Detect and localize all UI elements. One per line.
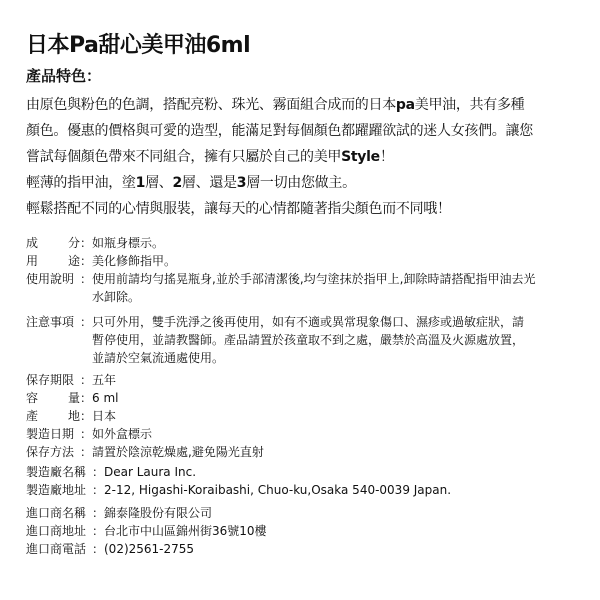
spec-value: 日本 <box>92 407 586 425</box>
spec-value: 五年 <box>92 371 586 389</box>
spec-row-origin: 產地 ： 日本 <box>26 407 586 425</box>
feature-line: 嘗試每個顏色帶來不同組合，擁有只屬於自己的美甲Style！ <box>26 144 582 170</box>
features-heading: 產品特色： <box>26 66 101 86</box>
spec-label: 進口商電話 <box>26 540 92 558</box>
feature-line: 輕薄的指甲油，塗1層、2層、還是3層一切由您做主。 <box>26 170 582 196</box>
spec-value: Dear Laura Inc. <box>104 463 586 481</box>
importer-info: 進口商名稱 ： 錦泰隆股份有限公司 進口商地址 ： 台北市中山區錦州街36號10… <box>26 504 586 558</box>
feature-line: 由原色與粉色的色調，搭配亮粉、珠光、霧面組合成而的日本pa美甲油，共有多種 <box>26 92 582 118</box>
features-paragraph: 由原色與粉色的色調，搭配亮粉、珠光、霧面組合成而的日本pa美甲油，共有多種 顏色… <box>26 92 582 222</box>
spec-label: 製造廠地址 <box>26 481 92 499</box>
feature-line: 顏色。優惠的價格與可愛的造型，能滿足對每個顏色都躍躍欲試的迷人女孩們。讓您 <box>26 118 582 144</box>
manufacturer-name-row: 製造廠名稱 ： Dear Laura Inc. <box>26 463 586 481</box>
spec-value: 如外盒標示 <box>92 425 586 443</box>
spec-row-cautions: 注意事項 ： 只可外用，雙手洗淨之後再使用，如有不適或異常現象傷口、濕疹或過敏症… <box>26 313 586 367</box>
spec-label: 保存方法 <box>26 443 80 461</box>
spec-label: 進口商地址 <box>26 522 92 540</box>
importer-address-row: 進口商地址 ： 台北市中山區錦州街36號10樓 <box>26 522 586 540</box>
product-title: 日本Pa甜心美甲油6ml <box>26 32 250 60</box>
spec-row-volume: 容量 ： 6 ml <box>26 389 586 407</box>
manufacturer-address-row: 製造廠地址 ： 2-12, Higashi-Koraibashi, Chuo-k… <box>26 481 586 499</box>
manufacturer-info: 製造廠名稱 ： Dear Laura Inc. 製造廠地址 ： 2-12, Hi… <box>26 463 586 499</box>
spec-value: 6 ml <box>92 389 586 407</box>
spec-label: 製造日期 <box>26 425 80 443</box>
spec-value: 使用前請均勻搖晃瓶身,並於手部清潔後,均勻塗抹於指甲上,卸除時請搭配指甲油去光水… <box>92 270 586 306</box>
spec-value: 美化修飾指甲。 <box>92 252 586 270</box>
spec-label: 成分 <box>26 234 80 252</box>
spec-label: 用途 <box>26 252 80 270</box>
spec-label: 注意事項 <box>26 313 80 331</box>
spec-label: 進口商名稱 <box>26 504 92 522</box>
spec-value: 請置於陰涼乾燥處,避免陽光直射 <box>92 443 586 461</box>
importer-phone-row: 進口商電話 ： (02)2561-2755 <box>26 540 586 558</box>
spec-value: 錦泰隆股份有限公司 <box>104 504 586 522</box>
spec-value: (02)2561-2755 <box>104 540 586 558</box>
spec-row-shelf-life: 保存期限 ： 五年 <box>26 371 586 389</box>
feature-line: 輕鬆搭配不同的心情與服裝，讓每天的心情都隨著指尖顏色而不同哦！ <box>26 196 582 222</box>
spec-value: 台北市中山區錦州街36號10樓 <box>104 522 586 540</box>
spec-list-basic: 成分 ： 如瓶身標示。 用途 ： 美化修飾指甲。 使用說明 ： 使用前請均勻搖晃… <box>26 234 586 306</box>
spec-label: 製造廠名稱 <box>26 463 92 481</box>
spec-label: 容量 <box>26 389 80 407</box>
spec-label: 產地 <box>26 407 80 425</box>
spec-row-storage-method: 保存方法 ： 請置於陰涼乾燥處,避免陽光直射 <box>26 443 586 461</box>
spec-value: 只可外用，雙手洗淨之後再使用，如有不適或異常現象傷口、濕疹或過敏症狀，請暫停使用… <box>92 313 586 367</box>
spec-label: 保存期限 <box>26 371 80 389</box>
spec-row-usage: 用途 ： 美化修飾指甲。 <box>26 252 586 270</box>
importer-name-row: 進口商名稱 ： 錦泰隆股份有限公司 <box>26 504 586 522</box>
spec-label: 使用說明 <box>26 270 80 288</box>
spec-value: 2-12, Higashi-Koraibashi, Chuo-ku,Osaka … <box>104 481 586 499</box>
spec-list-cautions: 注意事項 ： 只可外用，雙手洗淨之後再使用，如有不適或異常現象傷口、濕疹或過敏症… <box>26 313 586 367</box>
spec-value: 如瓶身標示。 <box>92 234 586 252</box>
spec-row-instructions: 使用說明 ： 使用前請均勻搖晃瓶身,並於手部清潔後,均勻塗抹於指甲上,卸除時請搭… <box>26 270 586 306</box>
spec-row-ingredients: 成分 ： 如瓶身標示。 <box>26 234 586 252</box>
spec-list-storage: 保存期限 ： 五年 容量 ： 6 ml 產地 ： 日本 製造日期 ： 如外盒標示… <box>26 371 586 461</box>
spec-row-manufacture-date: 製造日期 ： 如外盒標示 <box>26 425 586 443</box>
